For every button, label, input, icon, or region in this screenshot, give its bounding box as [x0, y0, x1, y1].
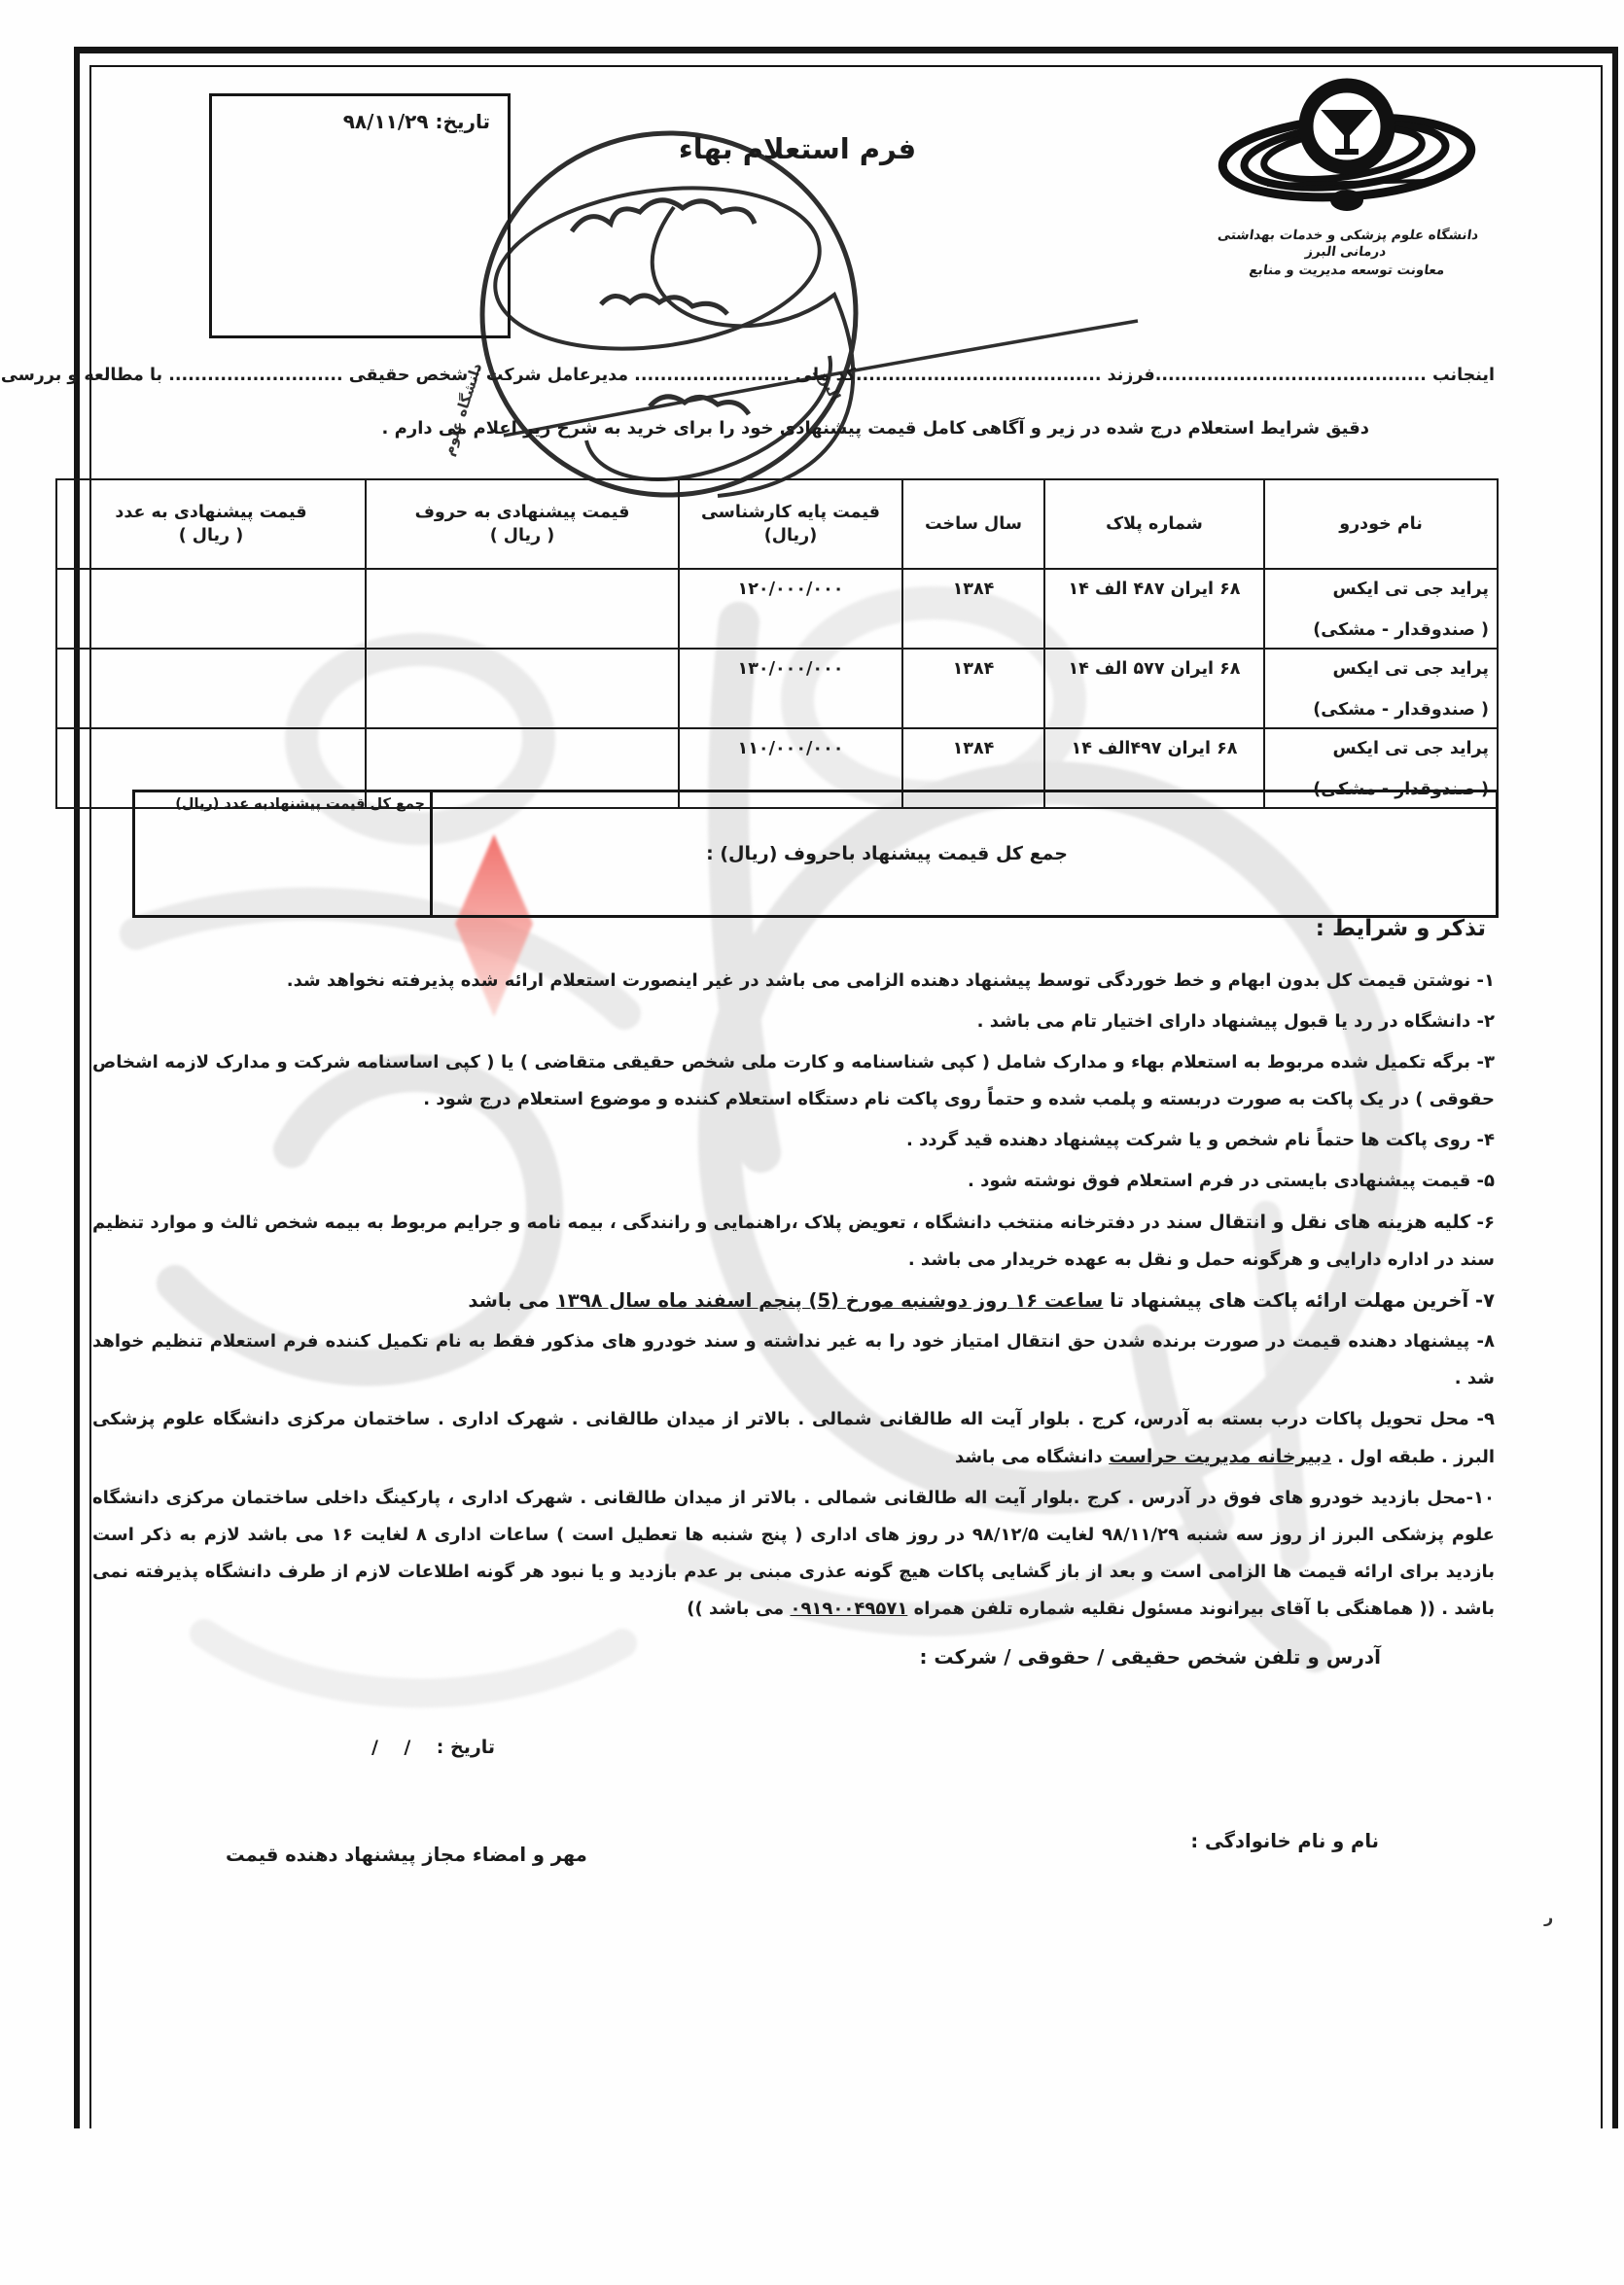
totals-divider	[430, 792, 433, 915]
total-words-label: جمع کل قیمت پیشنهاد باحروف (ریال) :	[706, 843, 1068, 864]
condition-item-4: ۴- روی پاکت ها حتماً نام شخص و یا شرکت پ…	[92, 1122, 1495, 1159]
condition-item-10: ۱۰-محل بازدید خودرو های فوق در آدرس . کر…	[92, 1480, 1495, 1628]
seal-signature-label: مهر و امضاء مجاز پیشنهاد دهنده قیمت	[226, 1844, 587, 1866]
conditions-heading: تذکر و شرایط :	[1316, 916, 1486, 941]
official-stamp-icon: دانشگاه علوم البرز	[426, 115, 1146, 533]
scanned-price-inquiry-form: تاریخ: ۹۸/۱۱/۲۹ فرم استعلام بهاء دانشگاه…	[0, 0, 1624, 2285]
col-header-price-number: قیمت پیشنهادی به عدد( ریال )	[56, 479, 366, 569]
conditions-list: ۱- نوشتن قیمت کل بدون ابهام و خط خوردگی …	[92, 963, 1495, 1632]
condition-item-5: ۵- قیمت پیشنهادی بایستی در فرم استعلام ف…	[92, 1163, 1495, 1200]
table-row: پراید جی تی ایکس( صندوقدار - مشکی) ۶۸ ای…	[56, 569, 1498, 649]
svg-text:دانشگاه علوم: دانشگاه علوم	[440, 361, 486, 458]
condition-item-2: ۲- دانشگاه در رد یا قبول پیشنهاد دارای ا…	[92, 1003, 1495, 1040]
full-name-label: نام و نام خانوادگی :	[1190, 1830, 1379, 1852]
university-name: دانشگاه علوم پزشکی و خدمات بهداشتی درمان…	[1194, 228, 1500, 261]
condition-item-1: ۱- نوشتن قیمت کل بدون ابهام و خط خوردگی …	[92, 963, 1495, 1000]
total-number-label: جمع کل قیمت پیشنهادبه عدد (ریال)	[143, 796, 425, 812]
address-phone-label: آدرس و تلفن شخص حقیقی / حقوقی / شرکت :	[919, 1645, 1381, 1669]
university-logo: دانشگاه علوم پزشکی و خدمات بهداشتی درمان…	[1196, 76, 1498, 279]
condition-item-3: ۳- برگه تکمیل شده مربوط به استعلام بهاء …	[92, 1044, 1495, 1118]
condition-item-6: ۶- کلیه هزینه های نقل و انتقال سند در دف…	[92, 1204, 1495, 1279]
signature-loop-icon	[653, 207, 853, 496]
totals-box: جمع کل قیمت پیشنهادبه عدد (ریال) جمع کل …	[132, 790, 1499, 918]
footer-date-label: تاریخ : / /	[371, 1737, 495, 1758]
table-row: پراید جی تی ایکس( صندوقدار - مشکی) ۶۸ ای…	[56, 649, 1498, 728]
condition-item-9: ۹- محل تحویل پاکات درب بسته به آدرس، کرج…	[92, 1401, 1495, 1476]
stray-pen-mark: ر	[1544, 1908, 1553, 1926]
university-deputy: معاونت توسعه مدیریت و منابع	[1195, 263, 1499, 279]
col-header-car-name: نام خودرو	[1264, 479, 1498, 569]
condition-item-8: ۸- پیشنهاد دهنده قیمت در صورت برنده شدن …	[92, 1323, 1495, 1397]
condition-item-7: ۷- آخرین مهلت ارائه پاکت های پیشنهاد تا …	[92, 1283, 1495, 1319]
university-emblem-icon	[1211, 76, 1483, 222]
